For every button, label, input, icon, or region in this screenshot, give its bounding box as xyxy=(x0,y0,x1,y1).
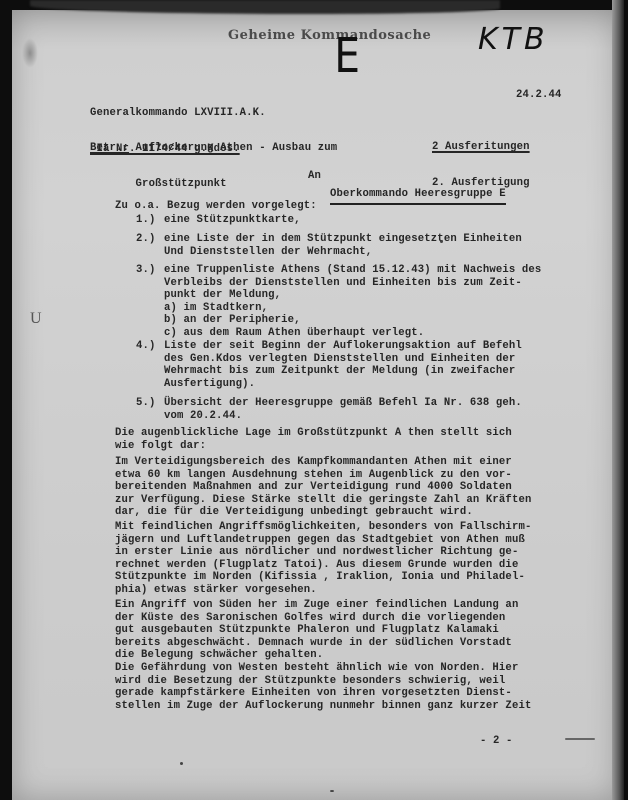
paragraph-line: Die augenblickliche Lage im Großstützpun… xyxy=(115,427,512,439)
list-item-line: vom 20.2.44. xyxy=(164,410,242,422)
scanned-document-frame: U Geheime Kommandosache E KTB Generalkom… xyxy=(0,0,628,800)
addressee-name: Oberkommando Heeresgruppe E xyxy=(330,188,506,205)
paper-speck xyxy=(330,790,334,792)
paragraph-line: bereitenden Maßnahmen and zur Verteidigu… xyxy=(115,481,512,493)
intro-line: Zu o.a. Bezug werden vorgelegt: xyxy=(115,200,317,212)
copies-total: 2 Ausferitungen xyxy=(432,141,530,153)
list-item-line: des Gen.Kdos verlegten Dienststellen und… xyxy=(164,353,515,365)
list-item-line: Liste der seit Beginn der Auflokerungsak… xyxy=(164,340,522,352)
list-item-line: punkt der Meldung, xyxy=(164,289,281,301)
paragraph-line: in erster Linie aus nördlicher und nordw… xyxy=(115,546,518,558)
paragraph-line: Mit feindlichen Angriffsmöglichkeiten, b… xyxy=(115,521,531,533)
list-item-line: eine Stützpunktkarte, xyxy=(164,214,301,226)
list-item-line: Übersicht der Heeresgruppe gemäß Befehl … xyxy=(164,397,522,409)
list-item-line: Wehrmacht bis zum Zeitpunkt der Meldung … xyxy=(164,365,515,377)
paragraph-line: dar, die für die Verteidigung unbedingt … xyxy=(115,506,473,518)
document-date: 24.2.44 xyxy=(516,89,562,101)
list-item-number: 1.) xyxy=(136,214,156,226)
paragraph-line: wird die Besetzung der Stützpunkte beson… xyxy=(115,675,505,687)
list-item-line: b) an der Peripherie, xyxy=(164,314,301,326)
list-item-number: 5.) xyxy=(136,397,156,409)
subject-label: Betr.: xyxy=(90,142,129,154)
punch-hole-mark: U xyxy=(30,310,42,328)
addressee: Oberkommando Heeresgruppe E xyxy=(330,188,506,200)
list-item-line: c) aus dem Raum Athen überhaupt verlegt. xyxy=(164,327,424,339)
paragraph-line: rechnet werden (Flugplatz Tatoi). Aus di… xyxy=(115,559,518,571)
list-item-number: 3.) xyxy=(136,264,156,276)
list-item-number: 2.) xyxy=(136,233,156,245)
list-item-number: 4.) xyxy=(136,340,156,352)
paragraph-line: bereits abgeschwächt. Demnach wurde in d… xyxy=(115,637,512,649)
ink-smudge xyxy=(22,38,38,68)
paper-speck xyxy=(180,762,183,765)
paragraph-line: phia) etwas stärker vorgesehen. xyxy=(115,584,317,596)
paragraph-line: etwa 60 km langen Ausdehnung stehen im A… xyxy=(115,469,512,481)
paragraph-line: Im Verteidigungsbereich des Kampfkommand… xyxy=(115,456,512,468)
paragraph-line: gerade kampfstärkere Einheiten von ihren… xyxy=(115,687,512,699)
right-page-fold xyxy=(612,0,624,800)
paragraph-line: gut ausgebauten Stützpunkte Phaleron und… xyxy=(115,624,499,636)
handwritten-e-mark: E xyxy=(334,28,360,84)
list-item-line: eine Liste der in dem Stützpunkt eingese… xyxy=(164,233,522,245)
handwritten-ktb-mark: KTB xyxy=(478,22,549,57)
list-item-line: eine Truppenliste Athens (Stand 15.12.43… xyxy=(164,264,541,276)
list-item-line: Ausfertigung). xyxy=(164,378,255,390)
paragraph-line: Stützpunkte im Norden (Kifissia , Irakli… xyxy=(115,571,525,583)
paragraph-line: wie folgt dar: xyxy=(115,440,206,452)
paper-speck xyxy=(440,240,443,243)
paragraph-line: der Küste des Saronischen Golfes wird du… xyxy=(115,612,505,624)
paragraph-line: zur Verfügung. Diese Stärke stellt die g… xyxy=(115,494,531,506)
subject-line-1: Auflockerung Athen - Ausbau zum xyxy=(129,142,337,154)
paragraph-line: stellen im Zuge der Auflockerung nunmehr… xyxy=(115,700,531,712)
list-item-line: a) im Stadtkern, xyxy=(164,302,268,314)
page-number: - 2 - xyxy=(480,735,513,747)
list-item-line: Verbleibs der Dienststellen und Einheite… xyxy=(164,277,522,289)
paragraph-line: die Belegung schwächer gehalten. xyxy=(115,649,323,661)
paragraph-line: Ein Angriff von Süden her im Zuge einer … xyxy=(115,599,518,611)
classification-stamp: Geheime Kommandosache xyxy=(228,28,431,43)
paragraph-line: jägern und Luftlandetruppen gegen das St… xyxy=(115,534,525,546)
paragraph-line: Die Gefährdung von Westen besteht ähnlic… xyxy=(115,662,518,674)
addressee-prefix: An xyxy=(308,170,321,182)
list-item-line: Und Dienststellen der Wehrmacht, xyxy=(164,246,372,258)
subject-line-2: Großstützpunkt xyxy=(90,178,337,190)
paper-mark xyxy=(565,738,595,740)
